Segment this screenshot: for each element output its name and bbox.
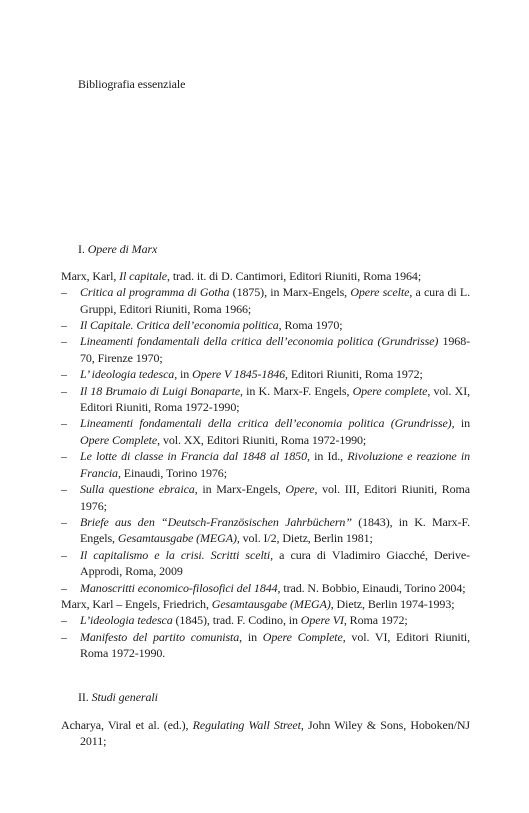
bibliography-entry: –Sulla questione ebraica, in Marx-Engels… xyxy=(61,481,470,514)
entry-dash: – xyxy=(61,317,80,333)
entry-title-italic: L’ ideologia tedesca xyxy=(80,367,174,381)
entry-title-italic: Gesamtausgabe (MEGA) xyxy=(118,531,237,545)
entry-title-italic: Lineamenti fondamentali della critica de… xyxy=(80,334,438,348)
entry-dash: – xyxy=(61,448,80,464)
entry-dash: – xyxy=(61,366,80,382)
section-number: II. xyxy=(78,690,92,704)
bibliography-entry: –Manoscritti economico-filosofici del 18… xyxy=(61,580,470,596)
entry-dash: – xyxy=(61,481,80,497)
page-title: Bibliografia essenziale xyxy=(78,76,470,92)
entry-text: , in xyxy=(239,630,263,644)
entry-title-italic: Opere Complete xyxy=(80,433,157,447)
entry-title-italic: Il capitale xyxy=(119,269,167,283)
entry-title-italic: Manifesto del partito comunista xyxy=(80,630,239,644)
bibliography-entry: Marx, Karl, Il capitale, trad. it. di D.… xyxy=(61,268,470,284)
entry-title-italic: Opere xyxy=(285,482,314,496)
bibliography-entry: Marx, Karl – Engels, Friedrich, Gesamtau… xyxy=(61,596,470,612)
bibliography-entry: –Il capitalismo e la crisi. Scritti scel… xyxy=(61,547,470,580)
entry-title-italic: Lineamenti fondamentali della critica de… xyxy=(80,416,452,430)
entry-dash: – xyxy=(61,415,80,431)
entry-title-italic: Le lotte di classe in Francia dal 1848 a… xyxy=(80,449,307,463)
entry-text: , in xyxy=(174,367,192,381)
entry-text: , Roma 1972; xyxy=(344,613,408,627)
entry-text: (1845), trad. F. Codino, in xyxy=(173,613,301,627)
entry-dash: – xyxy=(61,547,80,563)
bibliography-section: II. Studi generaliAcharya, Viral et al. … xyxy=(61,689,470,750)
entry-title-italic: Critica al programma di Gotha xyxy=(80,285,229,299)
entry-title-italic: Sulla questione ebraica xyxy=(80,482,195,496)
entry-text: (1875), in Marx-Engels, xyxy=(229,285,350,299)
bibliography-section: I. Opere di MarxMarx, Karl, Il capitale,… xyxy=(61,241,470,661)
entry-dash: – xyxy=(61,612,80,628)
entry-text: Marx, Karl, xyxy=(61,269,119,283)
section-name: Studi generali xyxy=(92,690,158,704)
entry-title-italic: Il capitalismo e la crisi. Scritti scelt… xyxy=(80,548,270,562)
section-number: I. xyxy=(78,242,88,256)
bibliography-entry: –L’ ideologia tedesca, in Opere V 1845-1… xyxy=(61,366,470,382)
entry-text: , Editori Riuniti, Roma 1972; xyxy=(285,367,423,381)
entry-dash: – xyxy=(61,514,80,530)
entry-text: , vol. XX, Editori Riuniti, Roma 1972-19… xyxy=(157,433,366,447)
bibliography-entry: –Il 18 Brumaio di Luigi Bonaparte, in K.… xyxy=(61,383,470,416)
bibliography-entry: –Lineamenti fondamentali della critica d… xyxy=(61,333,470,366)
entry-text: , Dietz, Berlin 1974-1993; xyxy=(331,597,455,611)
entry-title-italic: Gesamtausgabe (MEGA) xyxy=(212,597,331,611)
bibliography-entry: –Lineamenti fondamentali della critica d… xyxy=(61,415,470,448)
entry-title-italic: Il Capitale. Critica dell’economia polit… xyxy=(80,318,279,332)
entry-title-italic: Opere V 1845-1846 xyxy=(192,367,285,381)
entry-dash: – xyxy=(61,284,80,300)
entry-title-italic: Briefe aus den “Deutsch-Französischen Ja… xyxy=(80,515,352,529)
bibliography-entry: –Briefe aus den “Deutsch-Französischen J… xyxy=(61,514,470,547)
bibliography-entry: –Le lotte di classe in Francia dal 1848 … xyxy=(61,448,470,481)
section-heading: II. Studi generali xyxy=(78,689,470,705)
entry-title-italic: L’ideologia tedesca xyxy=(80,613,173,627)
entry-title-italic: Opere scelte xyxy=(350,285,409,299)
entry-text: , in xyxy=(452,416,470,430)
bibliography-sections: I. Opere di MarxMarx, Karl, Il capitale,… xyxy=(61,241,470,749)
bibliography-entry: –Il Capitale. Critica dell’economia poli… xyxy=(61,317,470,333)
entry-dash: – xyxy=(61,629,80,645)
entry-text: , Roma 1970; xyxy=(279,318,343,332)
bibliography-entry: –Manifesto del partito comunista, in Ope… xyxy=(61,629,470,662)
entry-text: , in Marx-Engels, xyxy=(195,482,286,496)
entry-text: Acharya, Viral et al. (ed.), xyxy=(61,718,193,732)
section-name: Opere di Marx xyxy=(88,242,158,256)
entry-title-italic: Il 18 Brumaio di Luigi Bonaparte xyxy=(80,384,240,398)
entry-text: , in K. Marx-F. Engels, xyxy=(240,384,353,398)
entry-text: Marx, Karl – Engels, Friedrich, xyxy=(61,597,212,611)
entry-text: , in Id., xyxy=(307,449,347,463)
entry-text: , vol. I/2, Dietz, Berlin 1981; xyxy=(237,531,373,545)
entry-dash: – xyxy=(61,333,80,349)
entry-title-italic: Opere Complete xyxy=(263,630,343,644)
bibliography-entry: –L’ideologia tedesca (1845), trad. F. Co… xyxy=(61,612,470,628)
entry-dash: – xyxy=(61,580,80,596)
entry-dash: – xyxy=(61,383,80,399)
entry-text: , trad. it. di D. Cantimori, Editori Riu… xyxy=(167,269,421,283)
section-heading: I. Opere di Marx xyxy=(78,241,470,257)
bibliography-entry: Acharya, Viral et al. (ed.), Regulating … xyxy=(61,717,470,750)
entry-text: , Einaudi, Torino 1976; xyxy=(118,466,227,480)
entry-title-italic: Regulating Wall Street xyxy=(193,718,301,732)
entry-text: , trad. N. Bobbio, Einaudi, Torino 2004; xyxy=(278,581,466,595)
entry-title-italic: Manoscritti economico-filosofici del 184… xyxy=(80,581,278,595)
entry-title-italic: Opere complete xyxy=(353,384,428,398)
entry-title-italic: Opere VI xyxy=(301,613,344,627)
bibliography-entry: –Critica al programma di Gotha (1875), i… xyxy=(61,284,470,317)
book-page: Bibliografia essenziale I. Opere di Marx… xyxy=(0,0,529,813)
